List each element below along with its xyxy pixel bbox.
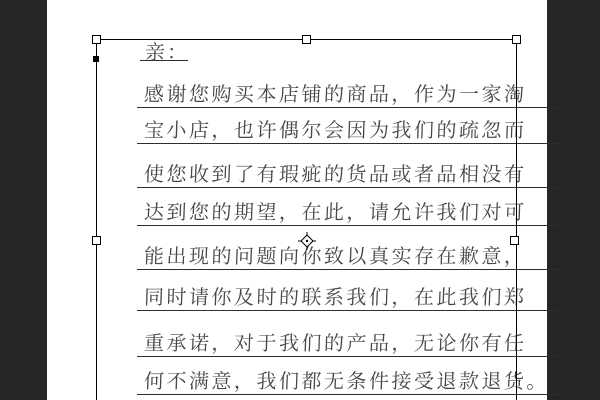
note-line: 能出现的问题向你致以真实存在歉意，	[137, 234, 561, 270]
note-line-text: 同时请你及时的联系我们，在此我们郑	[137, 284, 527, 310]
note-line: 使您收到了有瑕疵的货品或者品相没有	[137, 152, 561, 188]
note-line-text: 宝小店，也许偶尔会因为我们的疏忽而	[137, 117, 527, 143]
pasteboard-left	[0, 0, 47, 400]
note-salutation: 亲：	[139, 36, 188, 65]
transform-handle-middle-left[interactable]	[92, 236, 101, 245]
document-canvas[interactable]: 亲： 感谢您购买本店铺的商品，作为一家淘 宝小店，也许偶尔会因为我们的疏忽而 使…	[47, 0, 547, 400]
selection-edge-left[interactable]	[96, 39, 97, 400]
note-line: 重承诺，对于我们的产品，无论你有任	[137, 321, 561, 357]
note-line: 宝小店，也许偶尔会因为我们的疏忽而	[137, 108, 561, 144]
note-line: 达到您的期望，在此，请允许我们对可	[137, 190, 561, 226]
selection-edge-right[interactable]	[516, 39, 517, 400]
note-line-text: 使您收到了有瑕疵的货品或者品相没有	[137, 161, 527, 187]
note-line: 同时请你及时的联系我们，在此我们郑	[137, 275, 561, 311]
transform-handle-top-right[interactable]	[512, 35, 521, 44]
transform-handle-top-left[interactable]	[92, 35, 101, 44]
transform-handle-top-center[interactable]	[302, 35, 311, 44]
note-line-text: 感谢您购买本店铺的商品，作为一家淘	[137, 81, 527, 107]
transform-handle-middle-right[interactable]	[510, 236, 519, 245]
note-line-text: 达到您的期望，在此，请允许我们对可	[137, 199, 527, 225]
note-line-text: 何不满意，我们都无条件接受退款退货。	[137, 368, 550, 394]
editor-stage: 亲： 感谢您购买本店铺的商品，作为一家淘 宝小店，也许偶尔会因为我们的疏忽而 使…	[0, 0, 600, 400]
note-line-text: 能出现的问题向你致以真实存在歉意，	[137, 243, 527, 269]
anchor-point[interactable]	[93, 56, 99, 62]
note-line-text: 重承诺，对于我们的产品，无论你有任	[137, 330, 527, 356]
note-line: 何不满意，我们都无条件接受退款退货。	[137, 359, 561, 395]
note-line: 感谢您购买本店铺的商品，作为一家淘	[137, 72, 561, 108]
transform-center-target-icon[interactable]	[298, 232, 316, 250]
